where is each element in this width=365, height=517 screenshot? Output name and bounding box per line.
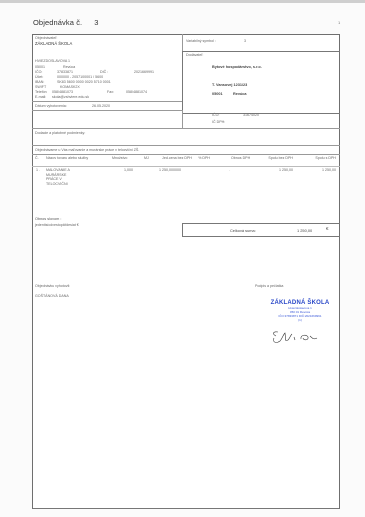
variable-symbol-label: Variabilný symbol : (186, 39, 216, 44)
col-vat-amount: Obnos DPH (231, 156, 250, 161)
orderer-phone-label: Telefón (35, 90, 47, 95)
total-value: 1 250,00 (297, 228, 312, 233)
row-unit-price: 1 250,000000 (159, 168, 181, 173)
date-value: 26.05.2020 (92, 104, 110, 109)
stamp: ZÁKLADNÁ ŠKOLA Hviezdoslavova 1 050 01 R… (260, 300, 340, 322)
page-number: 1 (338, 20, 340, 25)
divider (32, 110, 182, 111)
row-qty: 1,000 (124, 168, 133, 173)
terms-label: Dodacie a platobné podmienky: (35, 131, 85, 136)
orderer-fax-label: Fax: (107, 90, 114, 95)
order-text: Objednávame u Vás maľovanie a murárske p… (35, 148, 139, 153)
row-name-line: TELOCVIČNI (46, 182, 68, 187)
orderer-email[interactable]: skola@zshviere.edu.sk (52, 95, 89, 100)
divider (32, 101, 182, 102)
divider (32, 145, 340, 146)
prepared-by-label: Objednávku vyhotovil: (35, 284, 70, 289)
supplier-label: Dodávateľ: (186, 53, 203, 58)
variable-symbol-value: 3 (244, 39, 246, 44)
orderer-iban-label: IBAN: (35, 80, 44, 85)
row-total-vat: 1 250,00 (310, 168, 336, 173)
col-no: Č. (35, 156, 39, 161)
orderer-swift-label: SWIFT (35, 85, 46, 90)
orderer-email-label: E-mail: (35, 95, 46, 100)
orderer-account-label: Účet: (35, 75, 43, 80)
col-name: Názov tovaru alebo služby (46, 156, 94, 161)
row-total-no-vat: 1 250,00 (268, 168, 293, 173)
document-title: Objednávka č.3 (33, 18, 99, 27)
orderer-ico: 37833871 (57, 70, 73, 75)
divider (182, 110, 183, 128)
total-box (182, 223, 340, 237)
prepared-by-name: GOŠTÁNOVÁ DANA (35, 294, 69, 299)
orderer-phone: 058/4881073 (52, 90, 73, 95)
supplier-city: Revúca (233, 92, 247, 96)
page-top-edge (0, 0, 365, 3)
total-label: Celková suma: (230, 228, 256, 233)
orderer-iban: SK83 5600 0000 0020 5710 0001 (57, 80, 111, 85)
col-vat-pct: % DPH (196, 156, 210, 161)
orderer-fax: 058/4881074 (126, 90, 147, 95)
divider (32, 166, 340, 167)
supplier-box (182, 51, 340, 114)
amount-words-label: Obnos slovom : (35, 217, 61, 221)
orderer-label: Objednávateľ: (35, 36, 57, 41)
supplier-ico: 31674020 (243, 113, 259, 118)
divider (32, 128, 182, 129)
orderer-street: HVIEZDOSLAVOVA 1 (35, 59, 70, 64)
stamp-line: (1) (260, 318, 340, 322)
supplier-zip: 05001 (212, 92, 223, 96)
supplier-ico-label: IČO: (212, 113, 219, 118)
orderer-name: ZÁKLADNÁ ŠKOLA (35, 41, 72, 46)
currency-symbol: € (326, 226, 328, 231)
orderer-swift: KOMASK2X (60, 85, 80, 90)
col-total-vat: Spolu s DPH (310, 156, 336, 161)
divider (182, 128, 340, 129)
supplier-icdph-label: IČ DPH: (212, 120, 225, 125)
orderer-dic: 2021669991 (134, 70, 154, 75)
signature-label: Podpis a pečiatka (255, 284, 283, 289)
col-unit: MJ (144, 156, 149, 161)
supplier-street: T. Vansovej 1231/23 (212, 83, 247, 87)
amount-words-value: jedentisícdvestopäťdesiat € (35, 223, 79, 228)
orderer-ico-label: IČO: (35, 70, 42, 75)
orderer-account: 000000 - 2057100001 / 5600 (57, 75, 103, 80)
col-qty: Množstvo (112, 156, 127, 161)
title-label: Objednávka č. (33, 18, 82, 27)
signature-icon (270, 328, 320, 348)
col-unit-price: Jed.cena bez DPH (162, 156, 192, 161)
row-vat-amount: - (229, 168, 230, 173)
title-number: 3 (94, 18, 98, 27)
divider (182, 34, 183, 51)
date-label: Dátum vyhotovenia: (35, 104, 67, 109)
row-no: 1 . (36, 168, 40, 173)
col-total-no-vat: Spolu bez DPH (268, 156, 293, 161)
divider (32, 154, 340, 155)
orderer-dic-label: DIČ : (100, 70, 108, 75)
supplier-name: Bytové hospodárstvo, s.r.o. (212, 65, 262, 69)
